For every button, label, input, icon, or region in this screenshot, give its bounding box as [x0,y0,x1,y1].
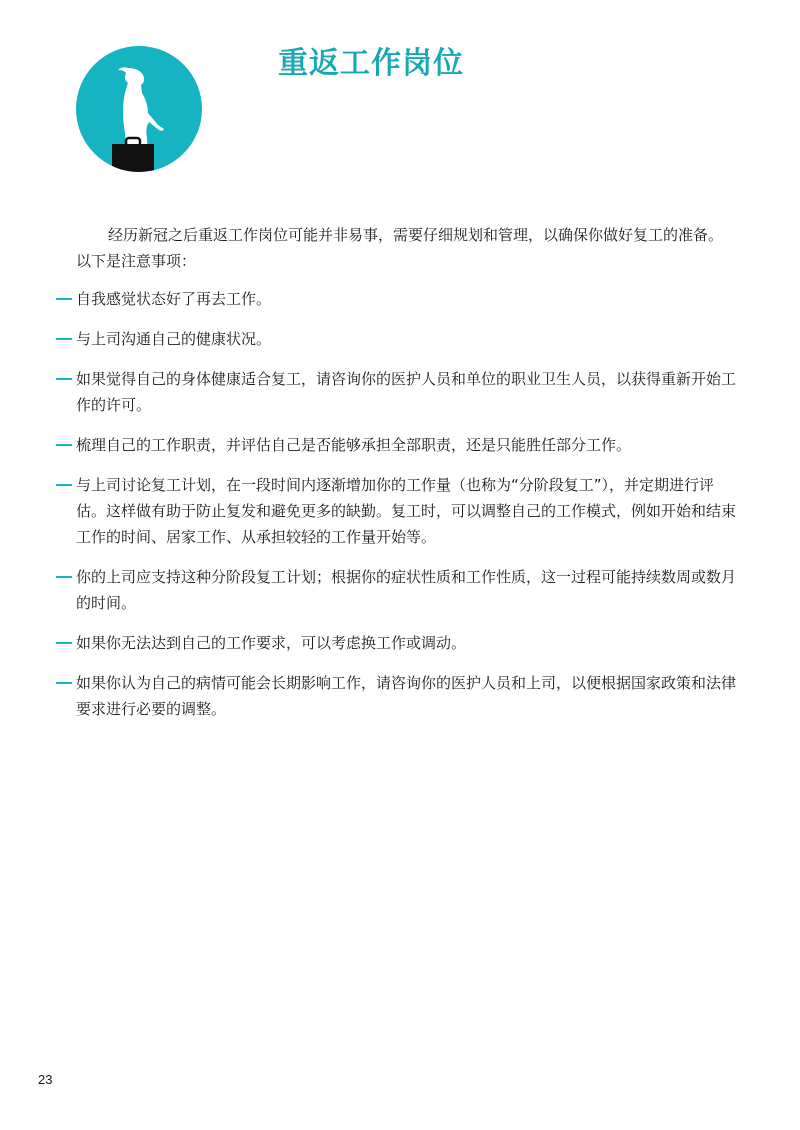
list-item: 与上司讨论复工计划，在一段时间内逐渐增加你的工作量（也称为“分阶段复工”），并定… [56,472,736,550]
dash-bullet-icon [56,642,72,644]
list-item: 如果你无法达到自己的工作要求，可以考虑换工作或调动。 [56,630,736,656]
dash-bullet-icon [56,576,72,578]
intro-paragraph: 经历新冠之后重返工作岗位可能并非易事，需要仔细规划和管理，以确保你做好复工的准备… [76,222,736,274]
page-title: 重返工作岗位 [278,38,464,82]
dash-bullet-icon [56,484,72,486]
dash-bullet-icon [56,378,72,380]
list-item: 自我感觉状态好了再去工作。 [56,286,736,312]
list-item: 你的上司应支持这种分阶段复工计划；根据你的症状性质和工作性质，这一过程可能持续数… [56,564,736,616]
list-item: 梳理自己的工作职责，并评估自己是否能够承担全部职责，还是只能胜任部分工作。 [56,432,736,458]
woman-with-briefcase-icon [76,46,202,172]
dash-bullet-icon [56,298,72,300]
list-item: 如果觉得自己的身体健康适合复工，请咨询你的医护人员和单位的职业卫生人员，以获得重… [56,366,736,418]
dash-bullet-icon [56,338,72,340]
list-item: 如果你认为自己的病情可能会长期影响工作，请咨询你的医护人员和上司，以便根据国家政… [56,670,736,722]
list-item: 与上司沟通自己的健康状况。 [56,326,736,352]
page-number: 23 [38,1072,52,1087]
advice-list: 自我感觉状态好了再去工作。 与上司沟通自己的健康状况。 如果觉得自己的身体健康适… [56,286,736,736]
dash-bullet-icon [56,444,72,446]
dash-bullet-icon [56,682,72,684]
